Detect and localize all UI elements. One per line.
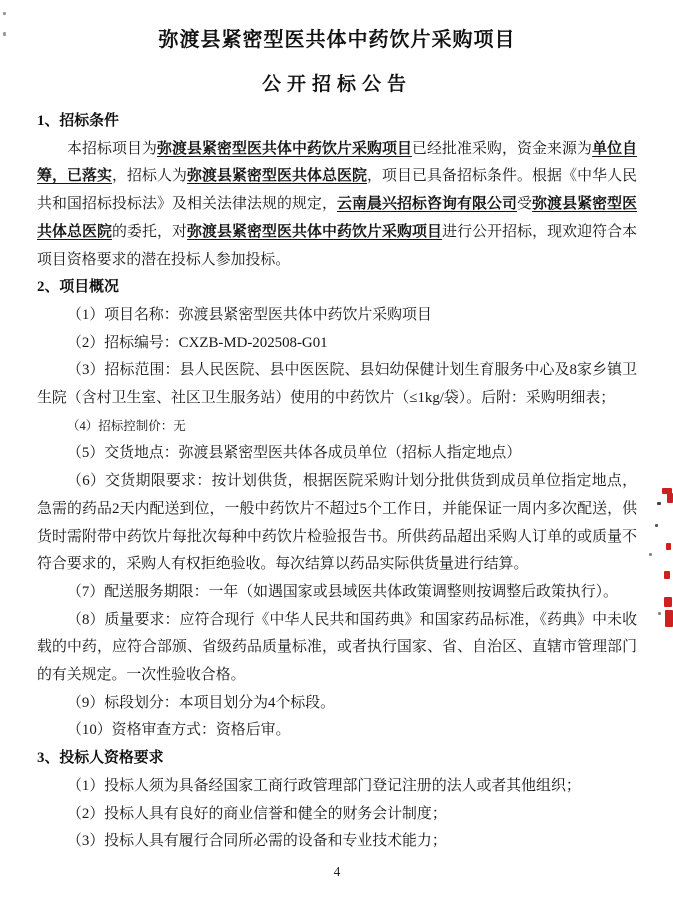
red-ink-mark [667,493,673,503]
red-ink-mark [665,610,673,627]
list-item: （8）质量要求：应符合现行《中华人民共和国药典》和国家药品标准，《药典》中未收载… [37,607,637,690]
emphasized-run: 弥渡县紧密型医共体总医院 [187,168,367,184]
scan-speck [3,32,6,36]
scan-speck [3,12,6,15]
text-run: 的委托，对 [112,224,187,240]
red-ink-mark [666,543,671,550]
list-item: （3）投标人具有履行合同所必需的设备和专业技术能力； [37,828,637,856]
emphasized-run: 云南晨兴招标咨询有限公司 [337,196,517,212]
list-item: （1）投标人须为具备经国家工商行政管理部门登记注册的法人或者其他组织； [37,773,637,801]
paragraph: 本招标项目为弥渡县紧密型医共体中药饮片采购项目已经批准采购，资金来源为单位自筹，… [37,136,637,275]
list-item: （7）配送服务期限：一年（如遇国家或县域医共体政策调整则按调整后政策执行）。 [37,579,637,607]
list-item: （1）项目名称：弥渡县紧密型医共体中药饮片采购项目 [37,302,637,330]
text-run: 已经批准采购，资金来源为 [412,141,592,157]
list-item: （3）招标范围：县人民医院、县中医医院、县妇幼保健计划生育服务中心及8家乡镇卫生… [37,357,637,412]
list-item: （5）交货地点：弥渡县紧密型医共体各成员单位（招标人指定地点） [37,440,637,468]
document-title: 弥渡县紧密型医共体中药饮片采购项目 [37,26,637,54]
list-item: （2）投标人具有良好的商业信誉和健全的财务会计制度； [37,801,637,829]
list-item: （2）招标编号：CXZB-MD-202508-G01 [37,330,637,358]
red-ink-mark [664,597,672,607]
document-page: 弥渡县紧密型医共体中药饮片采购项目 公开招标公告 1、招标条件本招标项目为弥渡县… [0,0,673,917]
section-heading: 2、项目概况 [37,274,637,302]
document-body: 1、招标条件本招标项目为弥渡县紧密型医共体中药饮片采购项目已经批准采购，资金来源… [37,108,637,856]
section-heading: 3、投标人资格要求 [37,745,637,773]
emphasized-run: 弥渡县紧密型医共体中药饮片采购项目 [157,141,412,157]
scan-speck [649,553,652,556]
scan-speck [657,502,661,505]
list-item: （10）资格审查方式：资格后审。 [37,717,637,745]
text-run: 本招标项目为 [67,141,157,157]
section-heading: 1、招标条件 [37,108,637,136]
document-subtitle: 公开招标公告 [37,70,637,100]
text-run: 受 [517,196,532,212]
list-item: （4）招标控制价：无 [37,413,637,441]
page-number: 4 [37,862,637,882]
list-item: （9）标段划分：本项目划分为4个标段。 [37,690,637,718]
scan-speck [655,524,658,527]
red-ink-mark [664,571,670,579]
text-run: ，招标人为 [112,168,187,184]
list-item: （6）交货期限要求：按计划供货，根据医院采购计划分批供货到成员单位指定地点，急需… [37,468,637,579]
emphasized-run: 弥渡县紧密型医共体中药饮片采购项目 [187,224,442,240]
scan-speck [658,612,661,615]
